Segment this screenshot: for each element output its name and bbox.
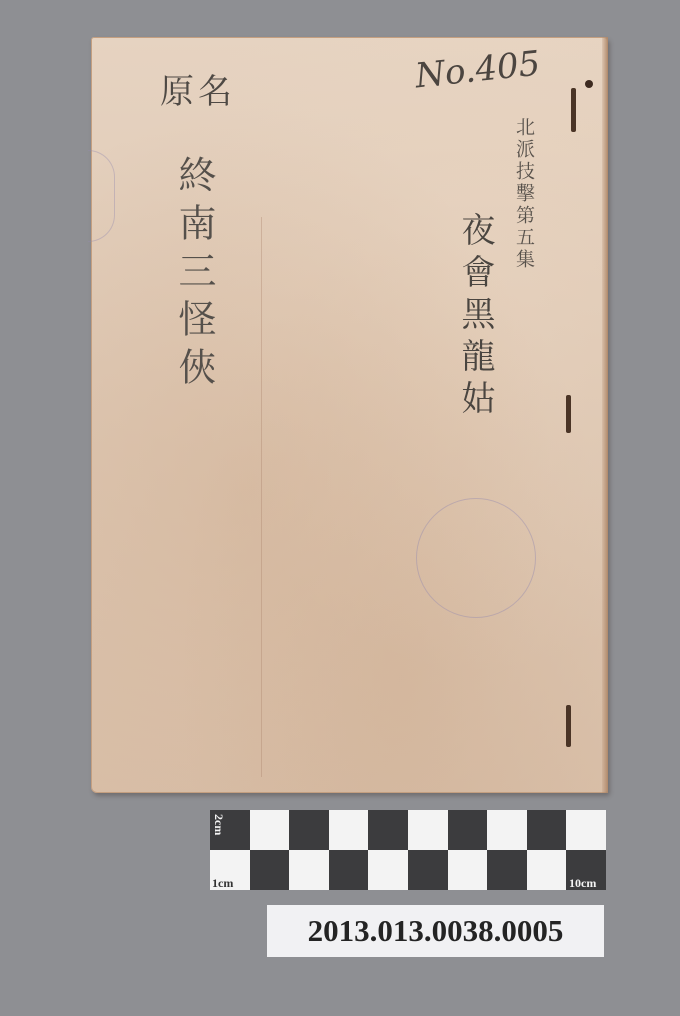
staple-mark bbox=[571, 88, 576, 132]
scale-label-10cm: 10cm bbox=[569, 876, 596, 891]
accession-number-label: 2013.013.0038.0005 bbox=[267, 905, 604, 957]
paper-crease bbox=[261, 217, 262, 777]
series-name: 北派技擊第五集 bbox=[514, 117, 533, 271]
partial-seal-stamp bbox=[88, 150, 115, 242]
scale-label-1cm: 1cm bbox=[212, 876, 233, 891]
staple-mark bbox=[566, 395, 571, 433]
scale-label-2cm: 2cm bbox=[211, 814, 226, 835]
staple-mark bbox=[566, 705, 571, 747]
measurement-scale-bar bbox=[210, 810, 606, 890]
original-name-label: 原名 bbox=[160, 75, 236, 109]
booklet-title: 夜會黑龍姑 bbox=[458, 212, 492, 422]
library-seal-stamp bbox=[416, 498, 536, 618]
original-title: 終南三怪俠 bbox=[175, 155, 213, 395]
booklet-edge bbox=[602, 37, 608, 793]
binding-hole bbox=[585, 80, 593, 88]
